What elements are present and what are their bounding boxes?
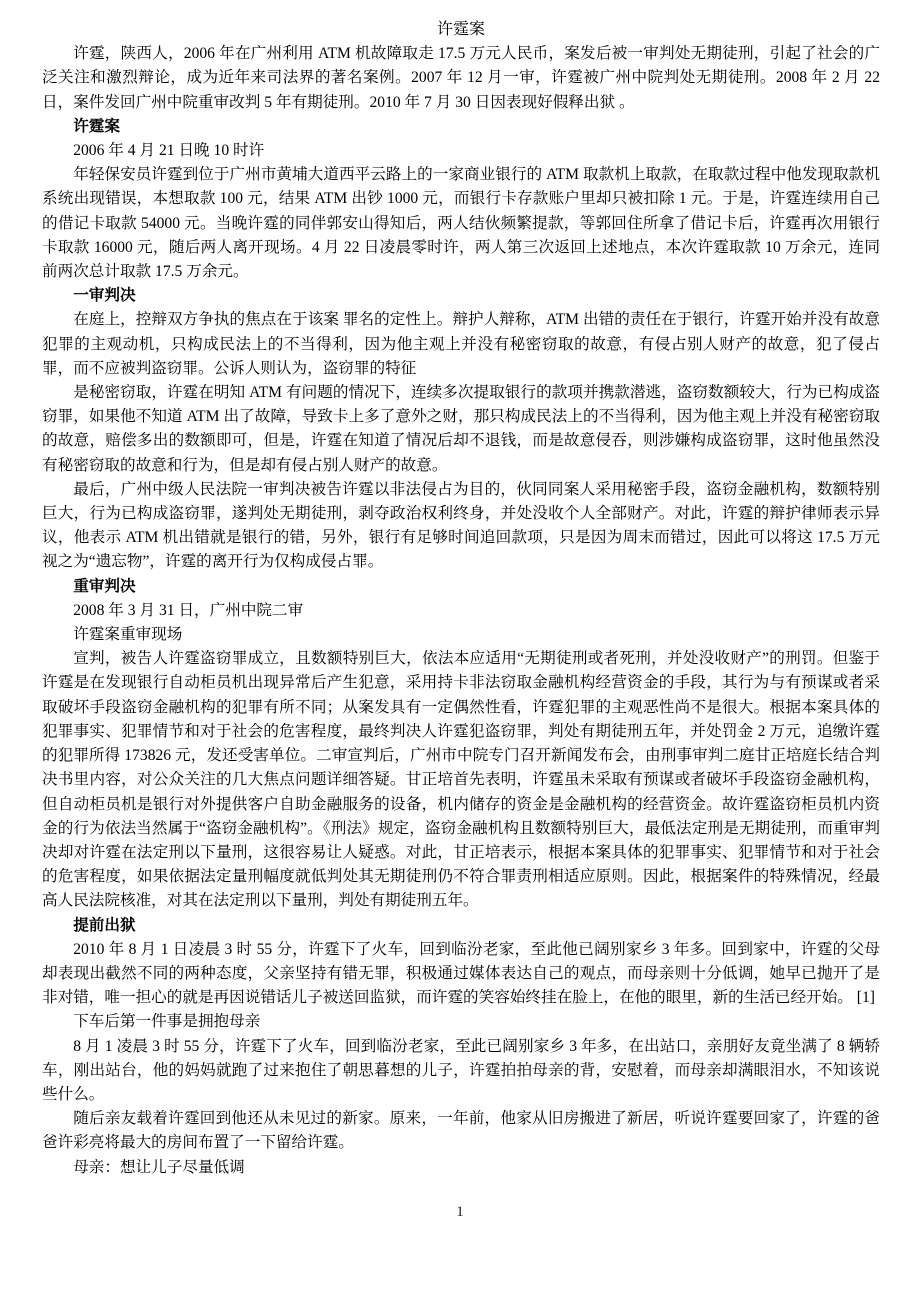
paragraph-retrial-date: 2008 年 3 月 31 日，广州中院二审 <box>42 599 880 623</box>
paragraph-mother-lowkey: 母亲：想让儿子尽量低调 <box>42 1156 880 1180</box>
paragraph-retrial-scene: 许霆案重审现场 <box>42 623 880 647</box>
paragraph-secret-theft-argument: 是秘密窃取，许霆在明知 ATM 有问题的情况下，连续多次提取银行的款项并携款潜逃… <box>42 381 880 478</box>
document-title: 许霆案 <box>42 18 880 42</box>
heading-first-trial: 一审判决 <box>42 284 880 308</box>
paragraph-date-2006: 2006 年 4 月 21 日晚 10 时许 <box>42 139 880 163</box>
paragraph-intro: 许霆，陕西人，2006 年在广州利用 ATM 机故障取走 17.5 万元人民币，… <box>42 42 880 115</box>
paragraph-station-reunion: 8 月 1 凌晨 3 时 55 分，许霆下了火车，回到临汾老家，至此已阔别家乡 … <box>42 1035 880 1108</box>
document-content: 许霆案 许霆，陕西人，2006 年在广州利用 ATM 机故障取走 17.5 万元… <box>42 18 880 1180</box>
paragraph-first-verdict: 最后，广州中级人民法院一审判决被告许霆以非法侵占为目的，伙同同案人采用秘密手段，… <box>42 478 880 575</box>
heading-xuting-case: 许霆案 <box>42 115 880 139</box>
paragraph-hug-mother-title: 下车后第一件事是拥抱母亲 <box>42 1010 880 1034</box>
page-number: 1 <box>0 1204 920 1221</box>
paragraph-new-home: 随后亲友载着许霆回到他还从未见过的新家。原来，一年前，他家从旧房搬进了新居，听说… <box>42 1107 880 1155</box>
heading-retrial: 重审判决 <box>42 575 880 599</box>
paragraph-retrial-verdict: 宣判，被告人许霆盗窃罪成立，且数额特别巨大，依法本应适用“无期徒刑或者死刑，并处… <box>42 647 880 913</box>
paragraph-court-debate: 在庭上，控辩双方争执的焦点在于该案 罪名的定性上。辩护人辩称，ATM 出错的责任… <box>42 308 880 381</box>
paragraph-release-homecoming: 2010 年 8 月 1 日凌晨 3 时 55 分，许霆下了火车，回到临汾老家，… <box>42 938 880 1011</box>
heading-early-release: 提前出狱 <box>42 914 880 938</box>
document-page: 许霆案 许霆，陕西人，2006 年在广州利用 ATM 机故障取走 17.5 万元… <box>0 0 920 1302</box>
paragraph-withdrawal-events: 年轻保安员许霆到位于广州市黄埔大道西平云路上的一家商业银行的 ATM 取款机上取… <box>42 163 880 284</box>
